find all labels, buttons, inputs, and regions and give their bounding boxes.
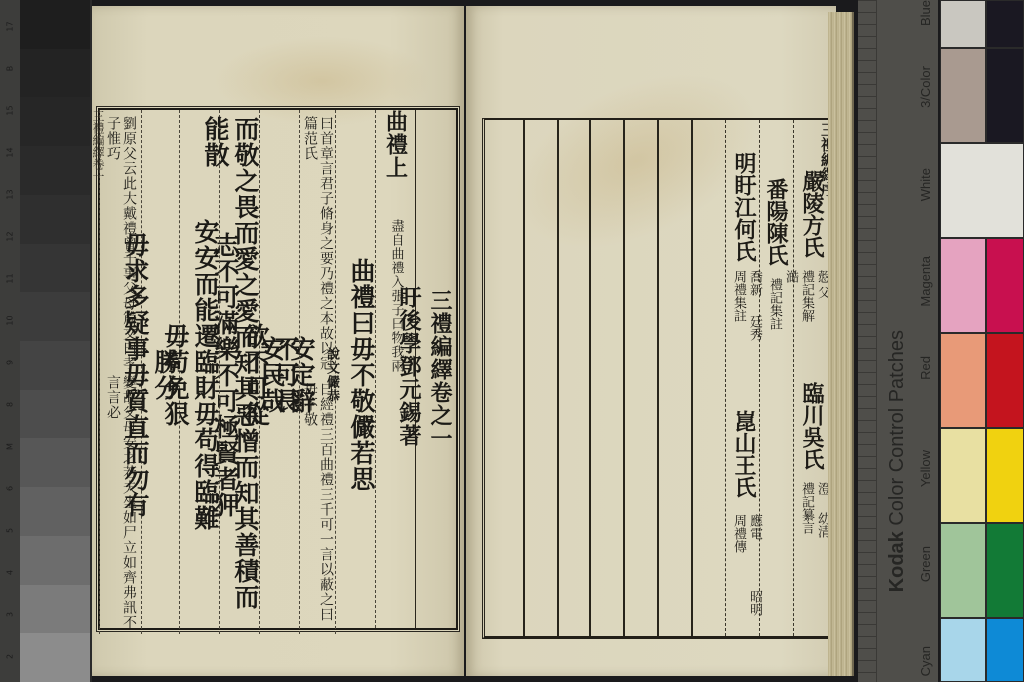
kodak-brand: Kodak xyxy=(886,531,908,592)
author-name: 崑山王氏 xyxy=(729,410,760,498)
kodak-subtitle: Color Control Patches xyxy=(886,330,908,526)
annotation: 曰經禮三百曲禮三千可一言以蔽之曰毋不敬 xyxy=(302,382,334,634)
gray-scale-patch xyxy=(20,390,90,440)
gray-scale-number: 10 xyxy=(6,313,15,329)
gray-scale-patch xyxy=(20,438,90,488)
kodak-ruler: Kodak Color Control Patches Blue 3/Color… xyxy=(858,0,938,682)
color-patch-green-light xyxy=(940,523,986,618)
right-page: 明盱江何氏 周禮集註 喬新 廷秀 番陽陳氏 禮記集註 澔 崑山王氏 周禮傳 應電… xyxy=(466,6,836,676)
color-patch-yellow-light xyxy=(940,428,986,523)
text-column: 而敬之畏而愛之愛而知其惡憎而知其善積而能散 xyxy=(219,110,260,634)
right-page-text-frame: 明盱江何氏 周禮集註 喬新 廷秀 番陽陳氏 禮記集註 澔 崑山王氏 周禮傳 應電… xyxy=(482,118,837,639)
color-patch-yellow-dark xyxy=(986,428,1024,523)
chapter-title: 曲禮上 xyxy=(381,110,412,179)
text-column: 不可長 欲不可從 志不可滿樂不可極賢者狎 xyxy=(259,110,300,634)
left-margin-title: 三禮編繹卷一 xyxy=(90,110,107,182)
style-name: 昭明 xyxy=(745,590,764,616)
gray-scale-patch xyxy=(20,585,90,635)
title-column: 三禮編繹卷之一 盱後學鄧元錫著 xyxy=(415,110,456,628)
gray-scale-number: 12 xyxy=(6,229,15,245)
book-page-edges xyxy=(828,12,854,676)
gray-scale-patch xyxy=(20,195,90,245)
color-patch-red-light xyxy=(940,333,986,428)
annotation: 曰首章言君子脩身之要乃禮之本故以冠篇范氏 xyxy=(302,116,334,382)
color-patch-cyan-light xyxy=(940,618,986,682)
gray-scale-patch xyxy=(20,244,90,294)
kodak-color-control-patches: Kodak Color Control Patches Blue 3/Color… xyxy=(858,0,1024,682)
author-name: 明盱江何氏 xyxy=(729,152,760,262)
text-column: 曲禮曰毋不敬儼若思 說文儼恭 安定辭 安民哉 xyxy=(335,110,376,634)
gray-scale-patch xyxy=(20,97,90,147)
patch-label-3color: 3/Color xyxy=(918,66,933,108)
patch-label-yellow: Yellow xyxy=(918,450,933,487)
given-name: 喬新 xyxy=(745,270,764,296)
kodak-title: Kodak Color Control Patches xyxy=(886,330,909,592)
color-patch-blue-dark xyxy=(986,0,1024,48)
work-title: 禮記集註 xyxy=(765,278,784,330)
gray-scale-number: 3 xyxy=(6,607,15,623)
gray-scale-patch xyxy=(20,49,90,99)
main-text: 不可長 xyxy=(270,336,300,414)
gray-scale-number: 15 xyxy=(6,103,15,119)
annotation-column: 曰首章言君子脩身之要乃禮之本故以冠篇范氏 曰經禮三百曲禮三千可一言以蔽之曰毋不敬 xyxy=(299,110,336,634)
volume-title: 三禮編繹卷之一 xyxy=(425,289,456,450)
gray-scale-number: 8 xyxy=(6,397,15,413)
color-patch-red-dark xyxy=(986,333,1024,428)
main-text: 曲禮曰毋不敬儼若思 xyxy=(346,258,376,492)
gray-scale-patch xyxy=(20,487,90,537)
color-patch-3-color-dark xyxy=(986,48,1024,143)
gray-scale-patch xyxy=(20,292,90,342)
gray-scale-patch xyxy=(20,341,90,391)
text-column: 勝分 毋求多疑事毋質直而勿有 xyxy=(141,110,180,634)
gray-scale-number: 4 xyxy=(6,565,15,581)
patch-label-cyan: Cyan xyxy=(918,646,933,676)
gray-scale-patch xyxy=(20,0,90,50)
gray-scale-number: M xyxy=(6,439,15,455)
gray-scale-number: 17 xyxy=(6,19,15,35)
gray-scale-patch xyxy=(20,536,90,586)
gray-scale-strip: 17B15141312111098M65432 xyxy=(0,0,92,682)
patch-label-green: Green xyxy=(918,546,933,582)
gray-scale-number: 13 xyxy=(6,187,15,203)
subtitle-column: 曲禮上 張子曰物我兩 盡自曲禮入 xyxy=(375,110,416,628)
annotation-column: 劉原父云此大戴禮曾子事父母篇文曰孝子惟巧 變故父母安之若夫坐如尸立如齊弗訊不言言… xyxy=(99,110,142,634)
main-text: 安安而能遷臨財毋苟得臨難 xyxy=(190,219,220,531)
gray-scale-number: 2 xyxy=(6,649,15,665)
chapter-note: 盡自曲禮入 xyxy=(387,219,406,289)
gray-scale-patch xyxy=(20,633,90,682)
gray-scale-ruler: 17B15141312111098M65432 xyxy=(0,0,20,682)
gray-scale-number: 5 xyxy=(6,523,15,539)
left-page-text-frame: 三禮編繹卷之一 盱後學鄧元錫著 曲禮上 張子曰物我兩 盡自曲禮入 曲禮曰毋不敬儼… xyxy=(98,108,458,630)
author-name: 臨川吳氏 xyxy=(797,382,828,470)
left-page: 三禮編繹卷之一 盱後學鄧元錫著 曲禮上 張子曰物我兩 盡自曲禮入 曲禮曰毋不敬儼… xyxy=(92,6,464,676)
chapter-note: 張子曰物我兩 xyxy=(387,289,406,373)
color-patch-magenta-light xyxy=(940,238,986,333)
patch-label-red: Red xyxy=(918,356,933,380)
main-text: 勝分 xyxy=(150,349,180,401)
gray-scale-number: 6 xyxy=(6,481,15,497)
gray-scale-number: 11 xyxy=(6,271,15,287)
open-book: 三禮編繹卷之一 盱後學鄧元錫著 曲禮上 張子曰物我兩 盡自曲禮入 曲禮曰毋不敬儼… xyxy=(88,6,856,682)
patch-label-white: White xyxy=(918,168,933,201)
style-name: 廷秀 xyxy=(745,315,764,341)
annotation: 劉原父云此大戴禮曾子事父母篇文曰孝子惟巧 xyxy=(105,116,137,375)
gray-scale-patch xyxy=(20,146,90,196)
gray-scale-number: B xyxy=(6,61,15,77)
color-patch-white xyxy=(940,143,1024,238)
author-name: 番陽陳氏 xyxy=(761,178,792,266)
given-name: 應電 xyxy=(745,514,764,540)
color-patch-cyan-dark xyxy=(986,618,1024,682)
patch-label-blue: Blue xyxy=(918,0,933,26)
color-patch-magenta-dark xyxy=(986,238,1024,333)
color-patch-blue-light xyxy=(940,0,986,48)
text-column: 安安而能遷臨財毋苟得臨難 毋苟免狠 xyxy=(179,110,220,634)
color-patch-green-dark xyxy=(986,523,1024,618)
gray-scale-number: 9 xyxy=(6,355,15,371)
patch-label-magenta: Magenta xyxy=(918,256,933,307)
color-patch-3-color-light xyxy=(940,48,986,143)
annotation: 變故父母安之若夫坐如尸立如齊弗訊不言言必 xyxy=(105,375,137,634)
gray-scale-number: 14 xyxy=(6,145,15,161)
